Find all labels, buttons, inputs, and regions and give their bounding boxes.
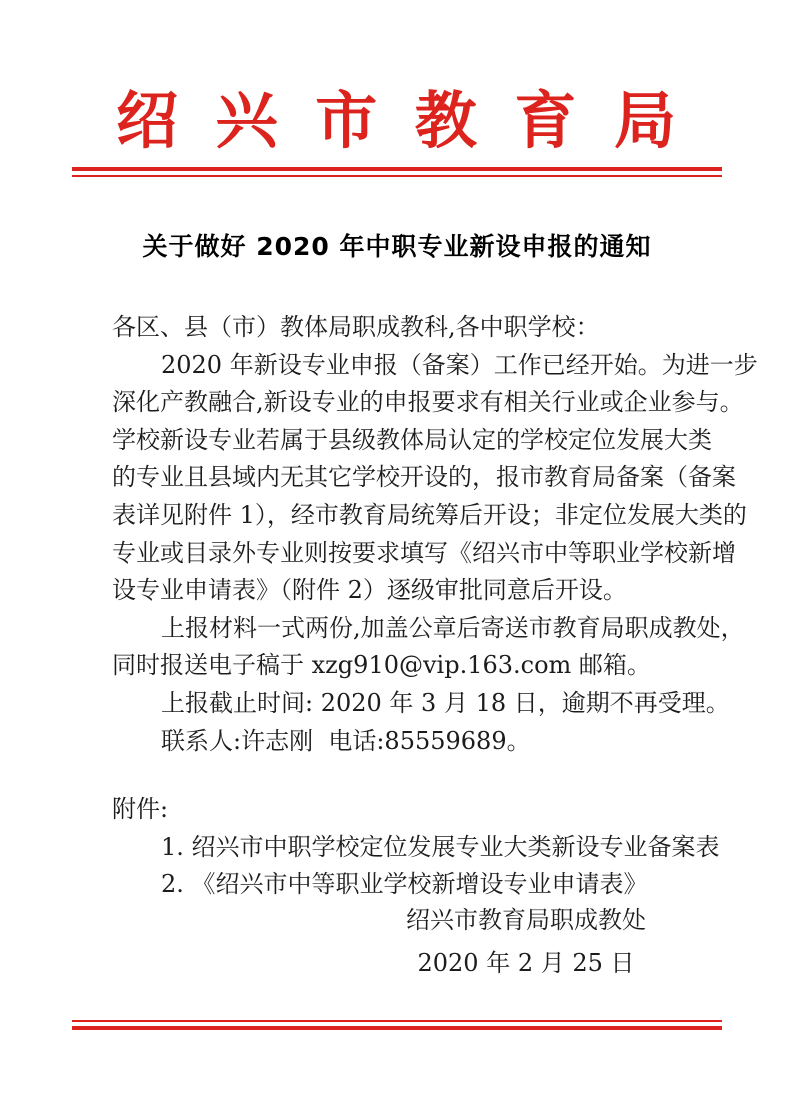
body-line: 深化产教融合,新设专业的申报要求有相关行业或企业参与。 — [112, 384, 698, 422]
body-line: 专业或目录外专业则按要求填写《绍兴市中等职业学校新增 — [112, 535, 698, 573]
letterhead-rule-thin — [72, 175, 722, 177]
body-line-contact: 联系人:许志刚 电话:85559689。 — [112, 723, 698, 761]
body-line: 学校新设专业若属于县级教体局认定的学校定位发展大类 — [112, 422, 698, 460]
attachments-label: 附件: — [112, 791, 698, 829]
body-line-salutation: 各区、县（市）教体局职成教科,各中职学校： — [112, 309, 698, 347]
document-page: 绍 兴 市 教 育 局 关于做好 2020 年中职专业新设申报的通知 各区、县（… — [0, 0, 794, 1107]
attachments-section: 附件: 1. 绍兴市中职学校定位发展专业大类新设专业备案表 2. 《绍兴市中等职… — [112, 791, 698, 904]
signature-date: 2020 年 2 月 25 日 — [406, 942, 646, 985]
signature-org: 绍兴市教育局职成教处 — [406, 899, 646, 942]
notice-title: 关于做好 2020 年中职专业新设申报的通知 — [0, 230, 794, 264]
body-line-deadline: 上报截止时间: 2020 年 3 月 18 日，逾期不再受理。 — [112, 685, 698, 723]
letterhead-rule-thick — [72, 167, 722, 171]
body-line: 的专业且县域内无其它学校开设的，报市教育局备案（备案 — [112, 459, 698, 497]
letterhead-org-name: 绍 兴 市 教 育 局 — [0, 84, 794, 158]
body-line: 2020 年新设专业申报（备案）工作已经开始。为进一步 — [112, 347, 698, 385]
body-line: 设专业申请表》（附件 2）逐级审批同意后开设。 — [112, 572, 698, 610]
attachment-item: 1. 绍兴市中职学校定位发展专业大类新设专业备案表 — [112, 829, 698, 867]
body-line: 上报材料一式两份,加盖公章后寄送市教育局职成教处， — [112, 610, 698, 648]
footer-rule-thin — [72, 1020, 722, 1022]
signoff-block: 绍兴市教育局职成教处 2020 年 2 月 25 日 — [406, 899, 646, 985]
body-line: 表详见附件 1），经市教育局统筹后开设；非定位发展大类的 — [112, 497, 698, 535]
body-line-email: 同时报送电子稿于 xzg910@vip.163.com 邮箱。 — [112, 647, 698, 685]
notice-body: 各区、县（市）教体局职成教科,各中职学校： 2020 年新设专业申报（备案）工作… — [112, 309, 698, 760]
footer-rule-thick — [72, 1026, 722, 1030]
